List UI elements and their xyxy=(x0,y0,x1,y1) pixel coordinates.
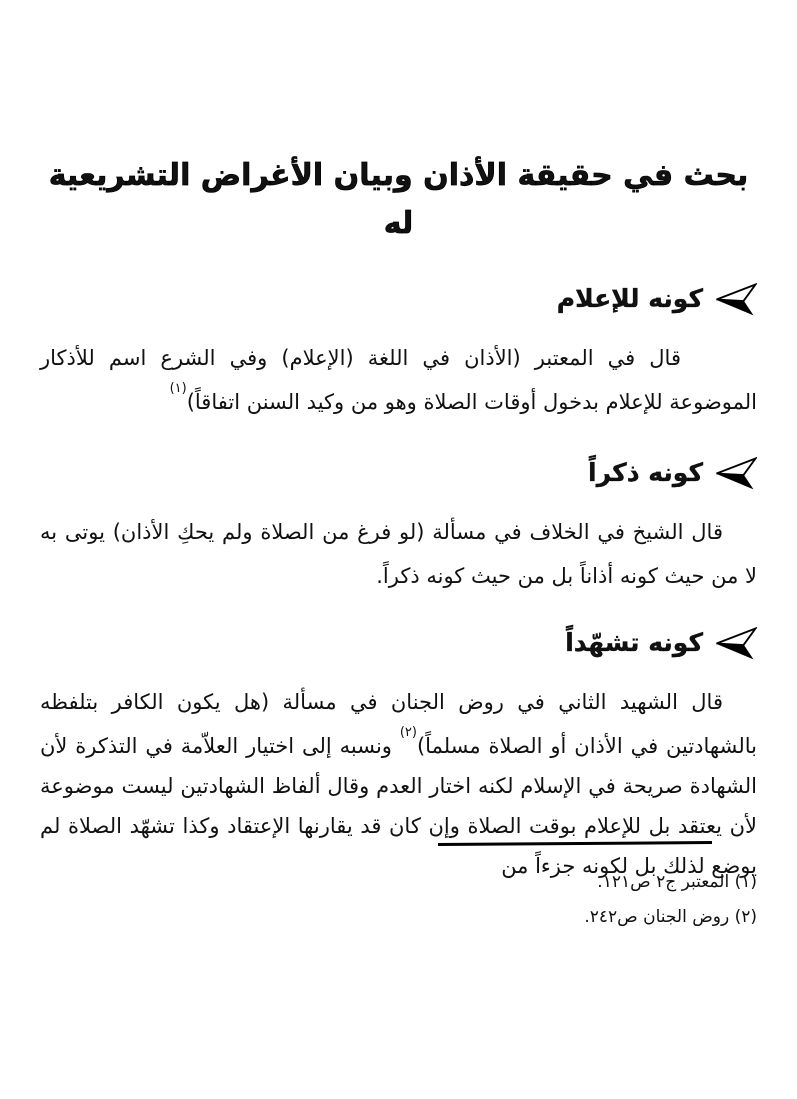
arrowhead-bullet-icon xyxy=(715,283,757,316)
footnote-item-2: (٢) روض الجنان ص٢٤٢. xyxy=(40,900,757,935)
footnote-item-1: (١) المعتبر ج٢ ص١٢١. xyxy=(40,865,757,900)
footnote-separator xyxy=(438,841,712,846)
footnote-ref-1: (١) xyxy=(170,381,187,396)
section-heading-dhikr: كونه ذكراً xyxy=(40,456,757,490)
document-page: بحث في حقيقة الأذان وبيان الأغراض التشري… xyxy=(0,0,797,1099)
paragraph-ilam: قال في المعتبر (الأذان في اللغة (الإعلام… xyxy=(40,338,757,422)
arrowhead-bullet-icon xyxy=(715,457,757,490)
section-heading-label: كونه ذكراً xyxy=(588,456,703,490)
footnotes-area: (١) المعتبر ج٢ ص١٢١. (٢) روض الجنان ص٢٤٢… xyxy=(40,842,757,935)
paragraph-text: قال في المعتبر (الأذان في اللغة (الإعلام… xyxy=(40,346,757,414)
section-heading-tashahhud: كونه تشهّداً xyxy=(40,626,757,660)
section-heading-ilam: كونه للإعلام xyxy=(40,282,757,316)
section-heading-label: كونه تشهّداً xyxy=(565,626,703,660)
footnote-ref-2: (٢) xyxy=(400,725,417,740)
paragraph-text: قال الشيخ في الخلاف في مسألة (لو فرغ من … xyxy=(40,520,757,588)
page-content: بحث في حقيقة الأذان وبيان الأغراض التشري… xyxy=(0,0,797,886)
section-heading-label: كونه للإعلام xyxy=(557,282,703,316)
footnotes-list: (١) المعتبر ج٢ ص١٢١. (٢) روض الجنان ص٢٤٢… xyxy=(40,865,757,935)
arrowhead-bullet-icon xyxy=(715,627,757,660)
paragraph-dhikr: قال الشيخ في الخلاف في مسألة (لو فرغ من … xyxy=(40,512,757,596)
page-title: بحث في حقيقة الأذان وبيان الأغراض التشري… xyxy=(40,152,757,248)
